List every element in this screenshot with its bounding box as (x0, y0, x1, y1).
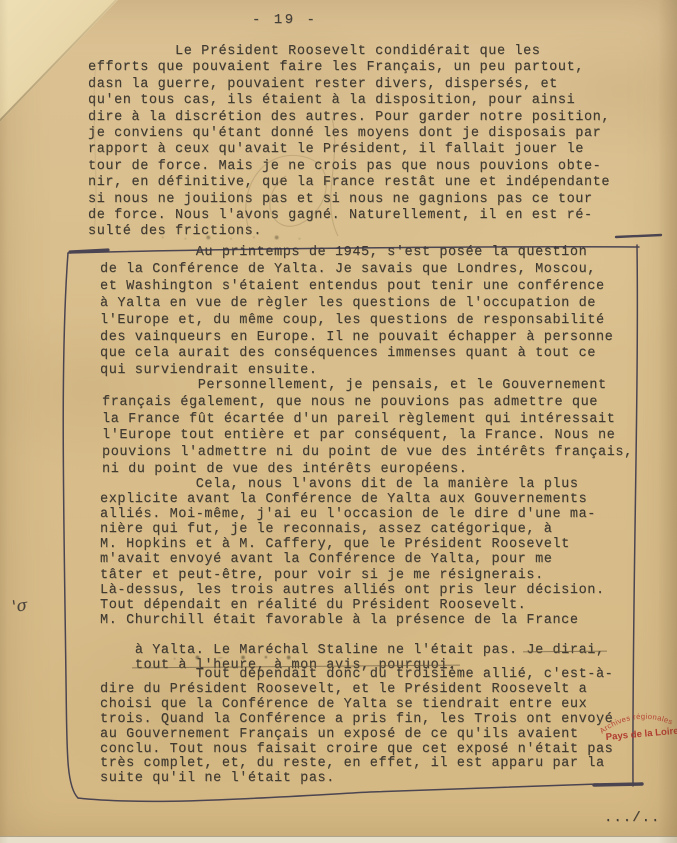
faded-ink-marks-middle: ˖ ● – ● ▪ ● (172, 653, 297, 663)
ink-box-left (63, 253, 78, 798)
strikethrough-text-je-dirai: Je dirai, (526, 643, 604, 658)
stamp-name-text: Pays de la Loire (605, 726, 677, 743)
faded-ink-marks-top: · ˖ ● ˖ · ● ˖ (160, 233, 308, 243)
paragraph-yalta-question: Au printemps de 1945, s'est posée la que… (100, 245, 613, 380)
scan-edge-strip (0, 836, 677, 843)
scanned-document-page: - 19 - Le Président Roosevelt condidérai… (0, 0, 677, 843)
paragraph-personnellement: Personnellement, je pensais, et le Gouve… (102, 378, 633, 479)
paragraph-troisieme-allie: Tout dépendait donc du troisième allié, … (100, 668, 613, 787)
paragraph-cela-explicite: Cela, nous l'avons dit de la manière la … (100, 477, 605, 628)
paragraph-roosevelt-efforts: Le Président Roosevelt condidérait que l… (88, 44, 610, 241)
ink-box-top-right-dash (616, 235, 661, 237)
margin-annotation: 'σ (11, 595, 29, 616)
archive-stamp: Archives régionales Pays de la Loire (598, 704, 677, 750)
page-number: - 19 - (252, 12, 317, 28)
continuation-mark: .../.. (604, 810, 660, 826)
